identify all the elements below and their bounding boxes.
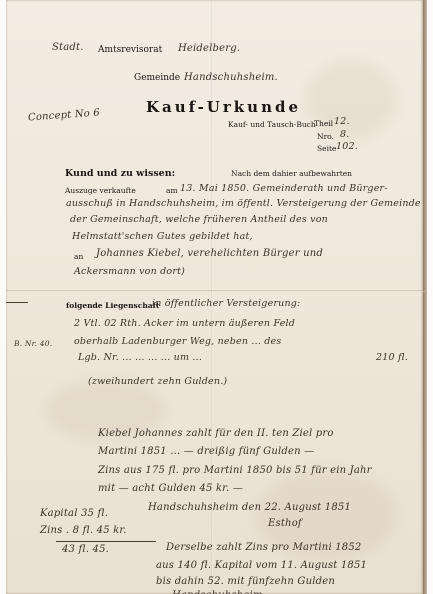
kund-label: Kund und zu wissen: xyxy=(65,168,175,179)
note2-line-3: bis dahin 52. mit fünfzehn Gulden xyxy=(156,576,335,587)
property-amount: 210 fl. xyxy=(376,352,408,363)
note1-line-1: Kiebel Johannes zahlt für den II. ten Zi… xyxy=(98,428,334,439)
margin-ref: B. Nr. 40. xyxy=(14,339,52,348)
office-prefix: Stadt. xyxy=(52,42,84,53)
note2-line-1: Derselbe zahlt Zins pro Martini 1852 xyxy=(166,542,361,553)
property-line-4: (zweihundert zehn Gulden.) xyxy=(88,376,227,387)
sale-line-2: ausschuß in Handschuhsheim, im öffentl. … xyxy=(66,198,421,209)
liegenschaft-value: in öffentlicher Versteigerung: xyxy=(152,298,300,309)
margin-dash xyxy=(6,302,28,303)
note1-line-2: Martini 1851 ... — dreißig fünf Gulden — xyxy=(98,446,314,457)
municipality-label: Gemeinde xyxy=(134,73,180,83)
seite-value: 102. xyxy=(336,141,358,152)
nro-value: 8. xyxy=(340,129,349,140)
register-label: Kauf- und Tausch-Buch xyxy=(228,120,316,129)
signature-1: Esthof xyxy=(268,518,302,529)
liegenschaft-label: folgende Liegenschaft xyxy=(66,301,159,310)
tally-total: 43 fl. 45. xyxy=(62,544,109,555)
nach-label: Nach dem dahier aufbewahrten xyxy=(231,169,352,178)
tally-rule xyxy=(56,541,156,542)
margin-note: Concept No 6 xyxy=(28,108,101,124)
auszuge-label: Auszuge verkaufte xyxy=(65,186,136,195)
property-line-3: Lgb. Nr. ... ... ... ... um ... xyxy=(78,352,202,363)
paper-stain xyxy=(306,60,396,140)
buyer-line-1: Johannes Kiebel, verehelichten Bürger un… xyxy=(96,248,323,259)
property-line-2: oberhalb Ladenburger Weg, neben ... des xyxy=(74,336,281,347)
tally-line-1: Kapital 35 fl. xyxy=(40,508,108,519)
theil-value: 12. xyxy=(334,116,350,127)
note2-line-2: aus 140 fl. Kapital vom 11. August 1851 xyxy=(156,560,367,571)
sale-line-4: Helmstatt'schen Gutes gebildet hat, xyxy=(72,231,253,242)
note1-line-5: Handschuhsheim den 22. August 1851 xyxy=(148,502,351,513)
document-page: Stadt. Amtsrevisorat Heidelberg. Gemeind… xyxy=(6,0,425,594)
fold-line xyxy=(6,290,425,292)
am-label: am xyxy=(166,186,178,195)
document-title: Kauf-Urkunde xyxy=(146,98,301,116)
theil-label: Theil xyxy=(314,119,333,128)
tally-line-2: Zins . 8 fl. 45 kr. xyxy=(40,525,127,536)
buyer-line-2: Ackersmann von dort) xyxy=(74,266,185,277)
note1-line-4: mit — acht Gulden 45 kr. — xyxy=(98,483,243,494)
sale-line-1: 13. Mai 1850. Gemeinderath und Bürger- xyxy=(180,183,388,194)
sale-line-3: der Gemeinschaft, welche früheren Anthei… xyxy=(70,214,328,225)
municipality-value: Handschuhsheim. xyxy=(184,72,278,83)
office-value: Heidelberg. xyxy=(178,43,240,54)
paper-edge xyxy=(423,0,427,594)
note2-line-4: Handschuhsheim ... xyxy=(172,590,276,594)
office-label: Amtsrevisorat xyxy=(98,45,162,55)
seite-label: Seite xyxy=(317,144,336,153)
note1-line-3: Zins aus 175 fl. pro Martini 1850 bis 51… xyxy=(98,465,372,476)
nro-label: Nro. xyxy=(317,132,334,141)
property-line-1: 2 Vtl. 02 Rth. Acker im untern äußeren F… xyxy=(74,318,295,329)
an-label: an xyxy=(74,252,83,261)
